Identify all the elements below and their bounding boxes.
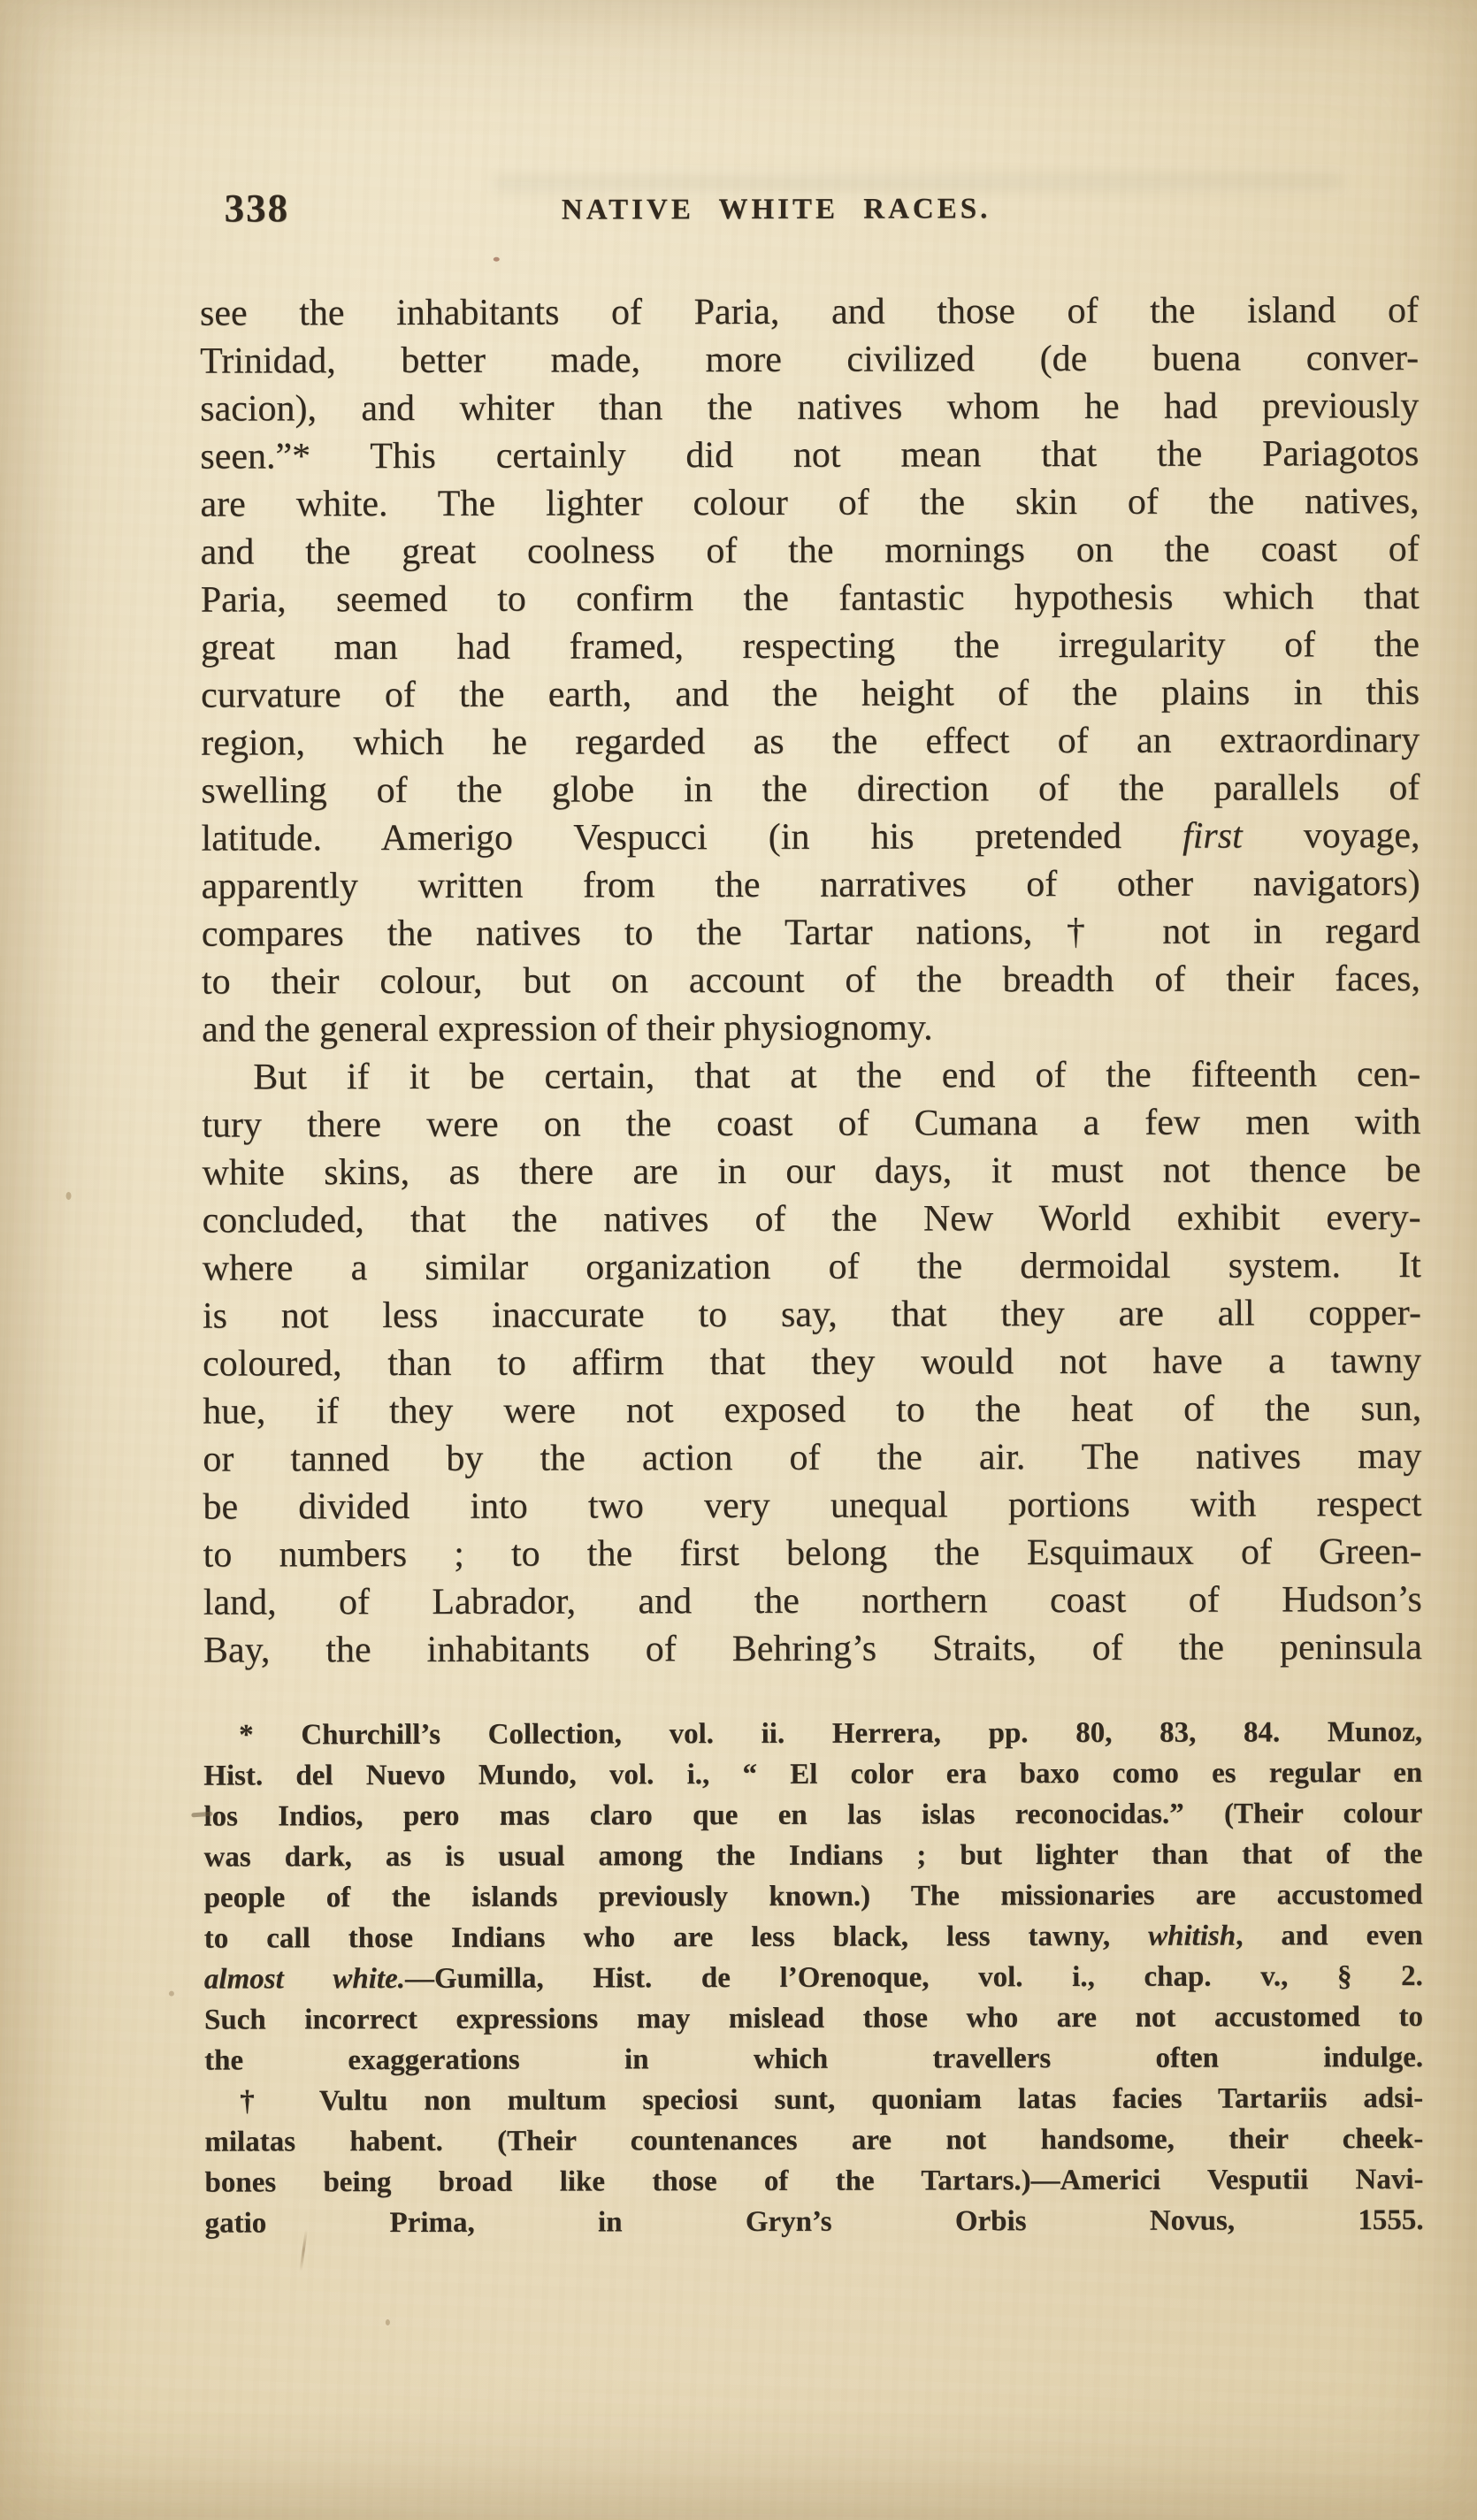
ink-speck <box>169 1991 174 1997</box>
text-line: Paria, seemed to confirm the fantastic h… <box>201 573 1420 624</box>
footnote-line: gatio Prima, in Gryn’s Orbis Novus, 1555… <box>205 2200 1424 2244</box>
italic-word: whitish <box>1148 1921 1236 1952</box>
text-line: and the general expression of their phys… <box>202 1003 1420 1054</box>
ink-speck <box>386 2319 390 2325</box>
footnote-dagger: † Vultu non multum speciosi sunt, quonia… <box>204 2078 1423 2244</box>
text-line: land, of Labrador, and the northern coas… <box>203 1576 1422 1627</box>
footnote-line: Hist. del Nuevo Mundo, vol. i., “ El col… <box>203 1753 1422 1797</box>
text-line: to their colour, but on account of the b… <box>202 955 1420 1006</box>
text-line: curvature of the earth, and the height o… <box>201 668 1420 720</box>
footnote-line: Such incorrect expressions may mislead t… <box>204 1997 1423 2041</box>
text-line: or tanned by the action of the air. The … <box>203 1432 1421 1484</box>
footnote-asterisk: * Churchill’s Collection, vol. ii. Herre… <box>203 1712 1423 2081</box>
text-line: white skins, as there are in our days, i… <box>202 1146 1420 1197</box>
body-text: see the inhabitants of Paria, and those … <box>200 286 1422 1675</box>
text-line: is not less inaccurate to say, that they… <box>203 1289 1421 1340</box>
footnote-line: almost white.—Gumilla, Hist. de l’Orenoq… <box>204 1956 1423 2000</box>
text-line: compares the natives to the Tartar natio… <box>202 907 1420 958</box>
text-segment: latitude. Amerigo Vespucci (in his prete… <box>201 816 1182 859</box>
text-line: seen.”* This certainly did not mean that… <box>200 430 1419 481</box>
text-segment: voyage, <box>1243 815 1420 857</box>
showthrough-band <box>494 172 1343 194</box>
text-line: apparently written from the narratives o… <box>202 859 1420 911</box>
italic-word: first <box>1182 816 1243 857</box>
text-line: tury there were on the coast of Cumana a… <box>202 1098 1420 1149</box>
paragraph-1: see the inhabitants of Paria, and those … <box>200 286 1420 1054</box>
footnote-line: bones being broad like those of the Tart… <box>204 2159 1423 2203</box>
text-segment: , and even <box>1236 1920 1423 1952</box>
text-line: where a similar organization of the derm… <box>203 1241 1421 1293</box>
text-line: region, which he regarded as the effect … <box>201 716 1420 767</box>
text-line: be divided into two very unequal portion… <box>203 1480 1421 1531</box>
paragraph-2: But if it be certain, that at the end of… <box>202 1050 1422 1675</box>
ink-speck <box>66 1192 72 1200</box>
text-line: and the great coolness of the mornings o… <box>201 525 1420 577</box>
italic-word: almost white. <box>204 1963 405 1996</box>
text-line: Bay, the inhabitants of Behring’s Strait… <box>203 1623 1422 1675</box>
footnote-line: * Churchill’s Collection, vol. ii. Herre… <box>203 1712 1422 1756</box>
text-line: But if it be certain, that at the end of… <box>202 1050 1420 1102</box>
text-line: concluded, that the natives of the New W… <box>203 1194 1421 1245</box>
text-line: see the inhabitants of Paria, and those … <box>200 286 1419 338</box>
footnote-line: was dark, as is usual among the Indians … <box>203 1834 1422 1878</box>
text-line: great man had framed, respecting the irr… <box>201 621 1420 672</box>
footnote-line: to call those Indians who are less black… <box>204 1915 1423 1959</box>
text-line: latitude. Amerigo Vespucci (in his prete… <box>201 812 1420 863</box>
text-line: coloured, than to affirm that they would… <box>203 1337 1421 1388</box>
text-line: hue, if they were not exposed to the hea… <box>203 1385 1421 1436</box>
footnote-section: * Churchill’s Collection, vol. ii. Herre… <box>203 1712 1424 2244</box>
page-number: 338 <box>225 185 290 231</box>
text-line: swelling of the globe in the direction o… <box>201 764 1420 815</box>
ink-speck <box>494 257 500 262</box>
text-line: sacion), and whiter than the natives who… <box>200 382 1419 433</box>
text-line: Trinidad, better made, more civilized (d… <box>200 334 1419 386</box>
running-header: NATIVE WHITE RACES. <box>414 193 1139 227</box>
footnote-line: people of the islands previously known.)… <box>204 1875 1423 1919</box>
page-content: 338 NATIVE WHITE RACES. see the inhabita… <box>0 0 1477 2520</box>
footnote-line: the exaggerations in which travellers of… <box>204 2037 1423 2081</box>
text-segment: to call those Indians who are less black… <box>204 1921 1148 1955</box>
footnote-line: milatas habent. (Their countenances are … <box>204 2119 1423 2163</box>
book-page-scan: 338 NATIVE WHITE RACES. see the inhabita… <box>0 0 1477 2520</box>
text-line: to numbers ; to the first belong the Esq… <box>203 1528 1422 1579</box>
footnote-line: los Indios, pero mas claro que en las is… <box>203 1793 1422 1837</box>
footnote-line: † Vultu non multum speciosi sunt, quonia… <box>204 2078 1423 2122</box>
text-line: are white. The lighter colour of the ski… <box>200 477 1419 529</box>
text-segment: —Gumilla, Hist. de l’Orenoque, vol. i., … <box>405 1960 1423 1995</box>
